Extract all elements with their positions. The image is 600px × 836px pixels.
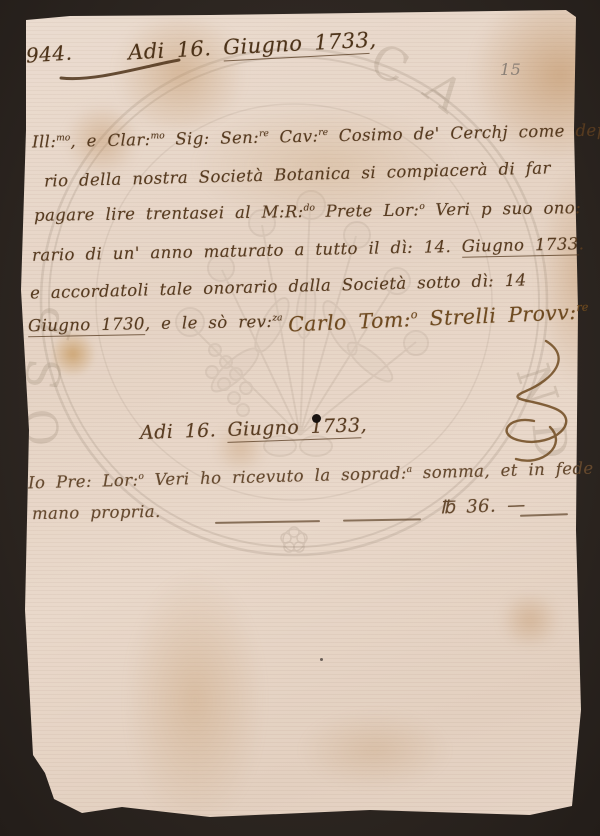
receipt-line: mano propria.: [32, 502, 161, 523]
pencil-folio-number: 15: [500, 60, 521, 79]
photographed-manuscript: C A P S O N D: [0, 0, 600, 836]
ink-blot: [312, 414, 321, 423]
amount-lire: ℔ 36. —: [440, 495, 526, 519]
ink-speck: [320, 658, 323, 661]
archive-number: 944.: [25, 40, 73, 67]
